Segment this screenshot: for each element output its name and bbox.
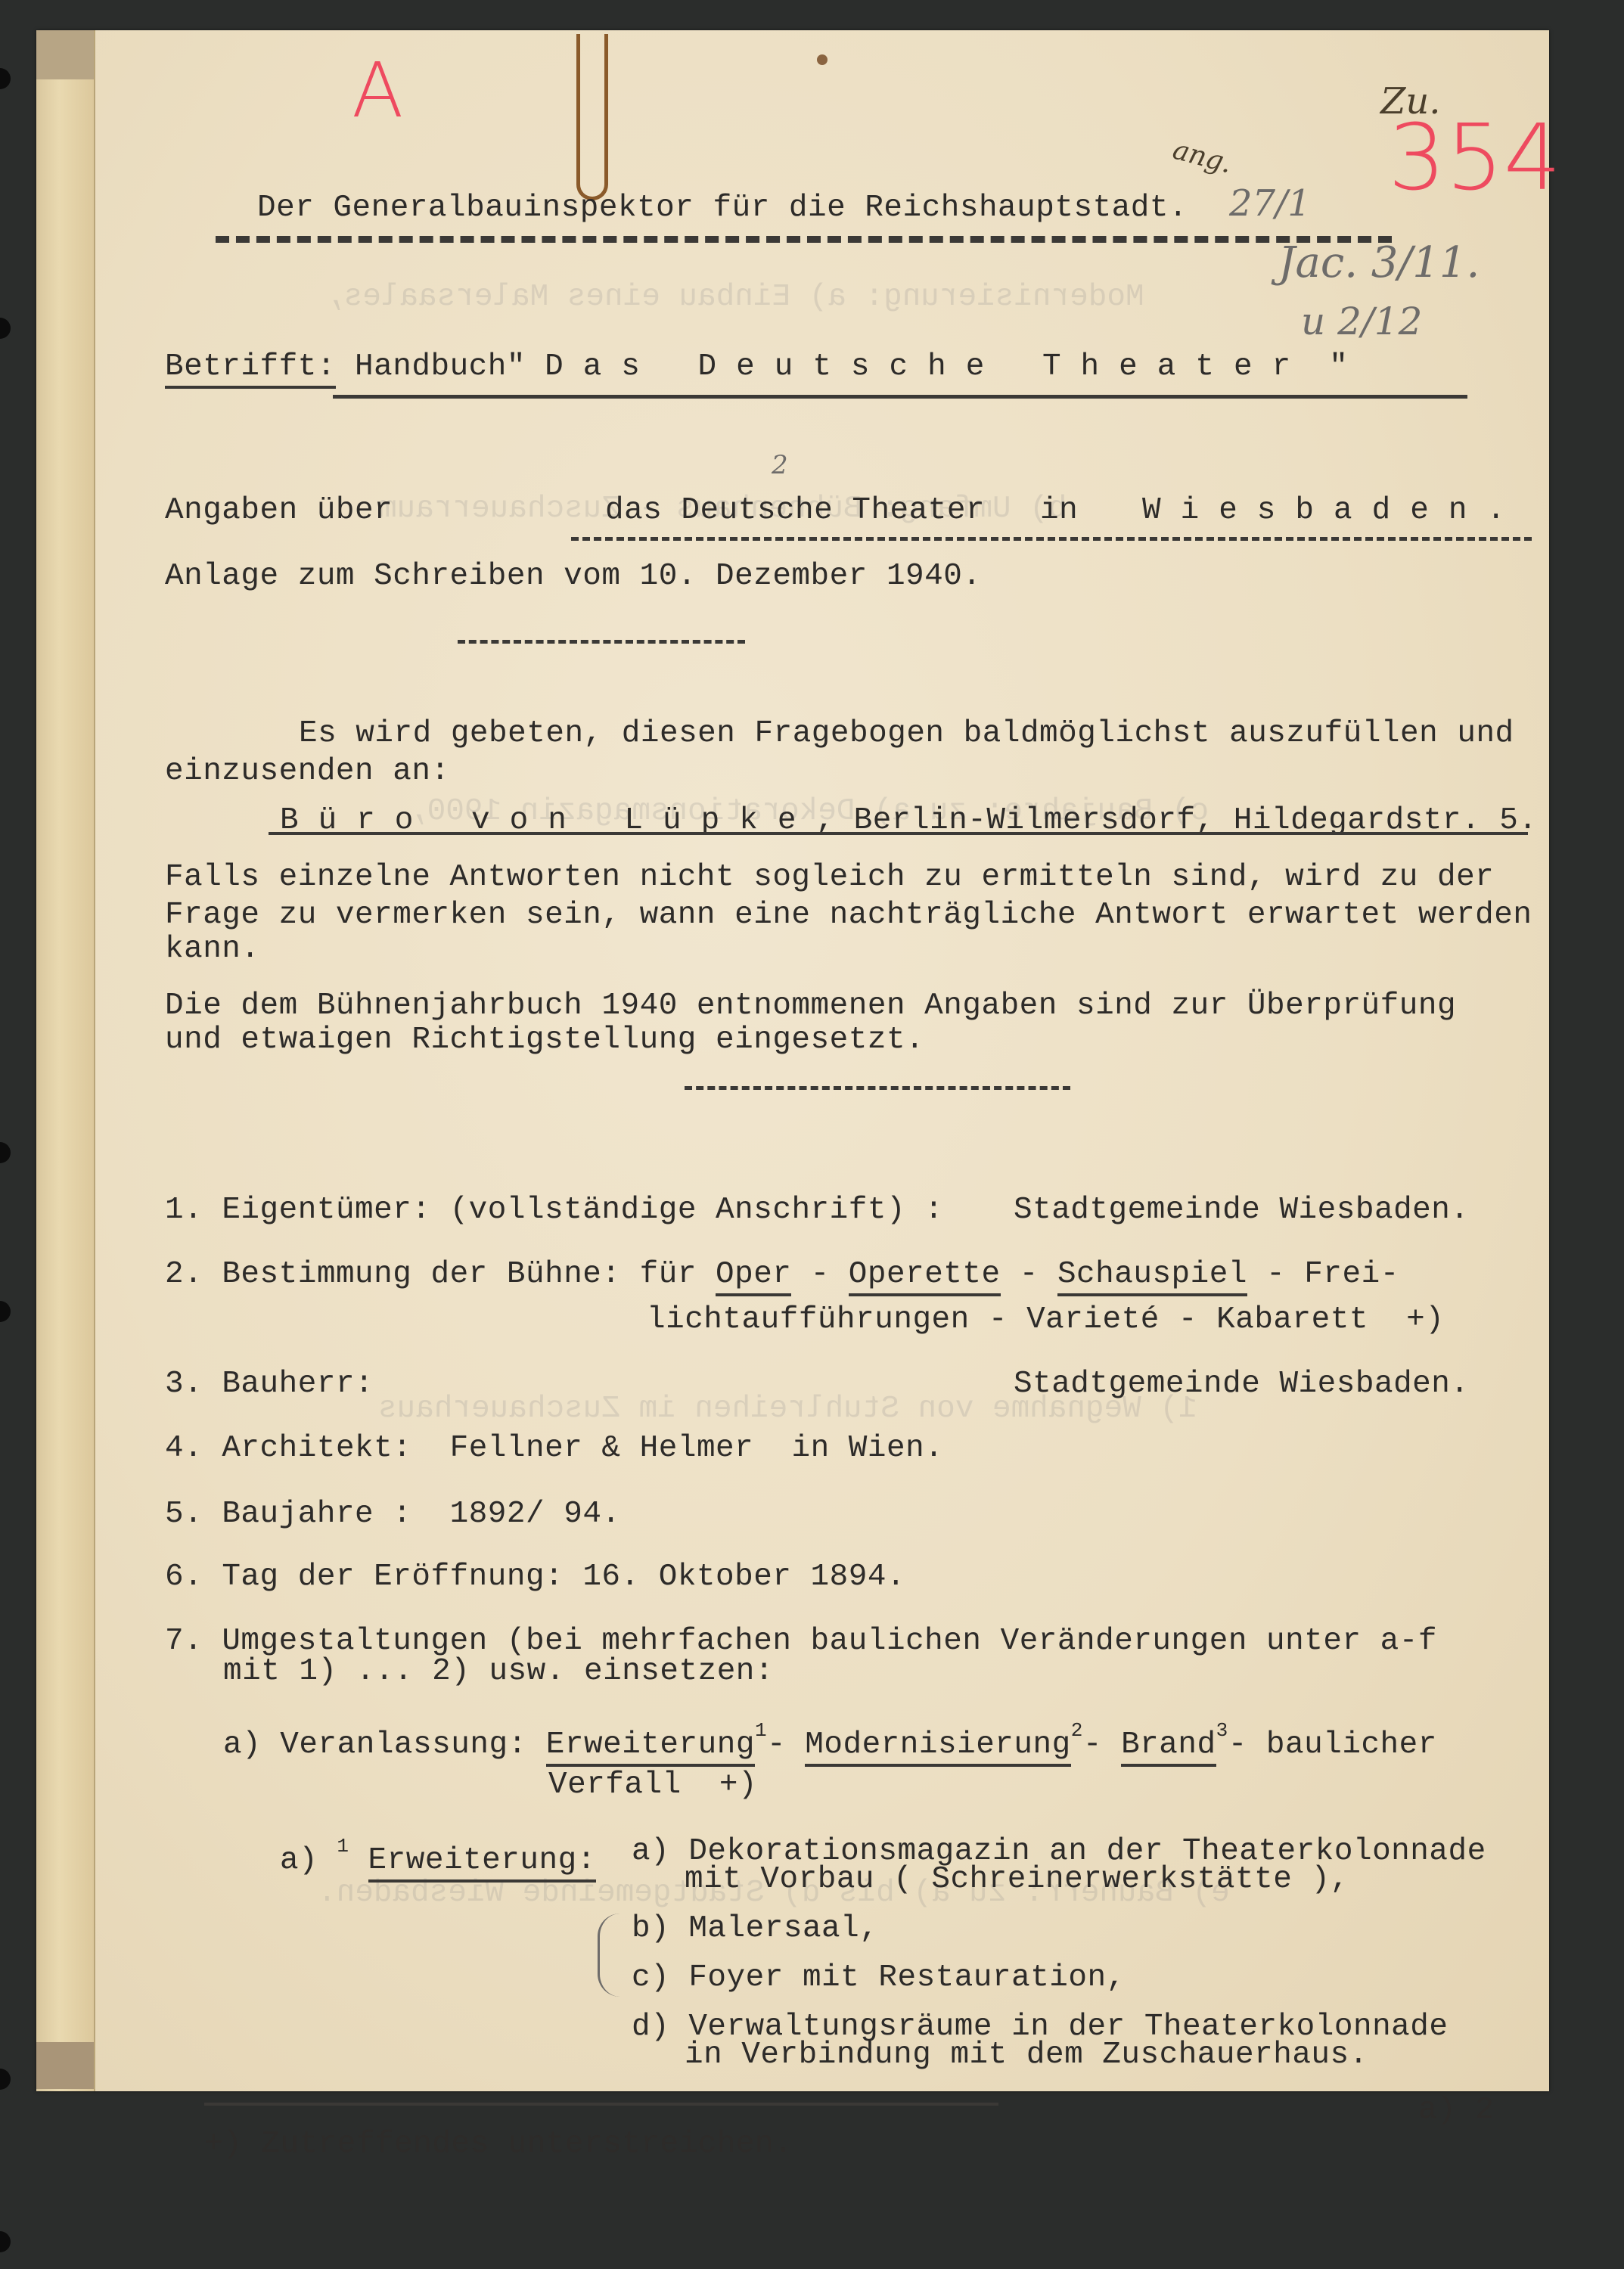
option-modernisierung: Modernisierung	[805, 1727, 1070, 1767]
note-line-2: Frage zu vermerken sein, wann eine nacht…	[165, 900, 1532, 931]
request-line-2: einzusenden an:	[165, 756, 450, 787]
paperclip-stain	[576, 34, 608, 200]
pencil-date: 27/1	[1229, 185, 1311, 222]
question-number: 1.	[165, 1193, 203, 1228]
option-operette-underlined: Operette	[849, 1257, 1001, 1296]
question-2: 2. Bestimmung der Bühne: für Oper - Oper…	[165, 1259, 1399, 1290]
red-letter-annotation: A	[352, 53, 403, 129]
question-number: 3.	[165, 1367, 203, 1401]
option-oper-underlined: Oper	[716, 1257, 791, 1296]
footnote-marker: 2	[1071, 1719, 1083, 1742]
answer-3: Stadtgemeinde Wiesbaden.	[1014, 1369, 1470, 1400]
address-underline	[269, 832, 1528, 835]
punch-hole	[0, 2231, 11, 2252]
footnote-marker: 1	[337, 1835, 349, 1858]
answer-6: 16. Oktober 1894.	[582, 1560, 905, 1594]
erweiterung-item-b: b) Malersaal,	[632, 1914, 878, 1945]
answer-5: 1892/ 94.	[450, 1497, 621, 1532]
angaben-label: Angaben über	[165, 495, 393, 526]
footnote-marker: 1	[755, 1719, 767, 1742]
binding-strip	[36, 30, 95, 2091]
question-7-line-2: mit 1) ... 2) usw. einsetzen:	[223, 1656, 774, 1687]
request-line-1: Es wird gebeten, diesen Fragebogen baldm…	[299, 719, 1514, 750]
item-key: c)	[632, 1960, 669, 1995]
item-key: b)	[632, 1911, 669, 1946]
punch-hole	[0, 318, 11, 339]
pencil-note-1: Jac. 3/11.	[1278, 242, 1480, 284]
separator-rule-1	[458, 640, 745, 644]
pencil-bracket	[598, 1914, 621, 1997]
question-6: 6. Tag der Eröffnung: 16. Oktober 1894.	[165, 1562, 905, 1593]
question-label: Baujahre :	[222, 1497, 411, 1532]
erweiterung-prefix: a)	[280, 1843, 318, 1878]
question-label: Eigentümer: (vollständige Anschrift) :	[222, 1193, 943, 1228]
option-brand: Brand	[1121, 1727, 1216, 1767]
punch-hole	[0, 68, 11, 89]
subject-close-quote: "	[1329, 349, 1348, 384]
question-label: Tag der Eröffnung:	[222, 1560, 564, 1594]
erweiterung-item-c: c) Foyer mit Restauration,	[632, 1963, 1126, 1994]
note-line-3: kann.	[165, 934, 260, 965]
item-text: Foyer mit Restauration,	[688, 1960, 1125, 1995]
letterhead: Der Generalbauinspektor für die Reichsha…	[257, 193, 1188, 224]
question-number: 4.	[165, 1431, 203, 1466]
ink-spot	[817, 54, 828, 65]
subject-handbook: Handbuch"	[355, 349, 526, 384]
question-label: Architekt:	[222, 1431, 411, 1466]
bleed-through-text: Modernisierung: a) Einbau eines Malersaa…	[325, 280, 1144, 315]
erweiterung-item-d-line-2: in Verbindung mit dem Zuschauerhaus.	[685, 2040, 1368, 2071]
question-number: 6.	[165, 1560, 203, 1594]
binder-holes-left	[0, 0, 11, 2269]
question-number: 2.	[165, 1257, 203, 1292]
footnote-marker: 3	[1216, 1719, 1228, 1742]
angaben-city: Wiesbaden.	[1142, 495, 1525, 526]
anlage-line: Anlage zum Schreiben vom 10. Dezember 19…	[165, 561, 981, 592]
erweiterung-item-a-line-2: mit Vorbau ( Schreinerwerkstätte ),	[685, 1864, 1349, 1895]
erweiterung-heading: a) 1 Erweiterung:	[280, 1836, 596, 1876]
subject-label: Betrifft:	[165, 349, 336, 389]
answer-4: Fellner & Helmer in Wien.	[450, 1431, 944, 1466]
red-page-number: 354	[1388, 113, 1561, 204]
binding-wear-top	[36, 30, 94, 79]
pencil-superscript: 2	[772, 452, 788, 478]
subject-line: Betrifft: Handbuch" Das Deutsche Theater…	[165, 352, 1348, 383]
answer-1: Stadtgemeinde Wiesbaden.	[1014, 1195, 1470, 1226]
item-text: Malersaal,	[688, 1911, 878, 1946]
header-double-rule	[216, 236, 1392, 243]
veranlassung-line-2: Verfall +)	[548, 1770, 757, 1801]
question-label: Bauherr:	[222, 1367, 374, 1401]
angaben-underline	[571, 537, 1532, 541]
question-2-options-line-2: lichtaufführungen - Varieté - Kabarett +…	[647, 1305, 1444, 1336]
footnote: +) Zutreffendes unterstreichen.	[204, 2129, 793, 2160]
footnote-rule	[204, 2103, 998, 2106]
separator-rule-2	[685, 1086, 1070, 1090]
option-erweiterung: Erweiterung	[546, 1727, 755, 1767]
question-4: 4. Architekt: Fellner & Helmer in Wien.	[165, 1433, 943, 1464]
subject-title: Das Deutsche Theater	[545, 349, 1310, 384]
item-key: a)	[632, 1834, 669, 1869]
question-7: 7. Umgestaltungen (bei mehrfachen baulic…	[165, 1626, 1437, 1657]
option-schauspiel-underlined: Schauspiel	[1057, 1257, 1247, 1296]
question-number: 5.	[165, 1497, 203, 1532]
binding-wear-bottom	[36, 2042, 94, 2089]
item-key: d)	[632, 2010, 669, 2044]
angaben-theater: das Deutsche Theater	[605, 495, 985, 526]
continuation-marker: a) 2	[1418, 2095, 1494, 2126]
note-line-1: Falls einzelne Antworten nicht sogleich …	[165, 862, 1494, 893]
question-3: 3. Bauherr:	[165, 1369, 374, 1400]
erweiterung-label: Erweiterung:	[368, 1843, 596, 1883]
question-1: 1. Eigentümer: (vollständige Anschrift) …	[165, 1195, 943, 1226]
punch-hole	[0, 1301, 11, 1322]
punch-hole	[0, 2069, 11, 2090]
punch-hole	[0, 1142, 11, 1163]
pencil-note-2: u 2/12	[1301, 303, 1422, 340]
subject-underline	[333, 395, 1467, 399]
veranlassung-line: a) Veranlassung: Erweiterung1- Modernisi…	[223, 1721, 1437, 1761]
info-line-2: und etwaigen Richtigstellung eingesetzt.	[165, 1025, 924, 1056]
veranlassung-label: a) Veranlassung:	[223, 1727, 527, 1762]
question-number: 7.	[165, 1624, 203, 1659]
question-5: 5. Baujahre : 1892/ 94.	[165, 1499, 621, 1530]
question-label: Bestimmung der Bühne: für	[222, 1257, 697, 1292]
info-line-1: Die dem Bühnenjahrbuch 1940 entnommenen …	[165, 991, 1456, 1022]
option-baulicher: - baulicher	[1228, 1727, 1437, 1762]
angaben-in: in	[1040, 495, 1078, 526]
option-freilicht: Frei-	[1304, 1257, 1399, 1292]
